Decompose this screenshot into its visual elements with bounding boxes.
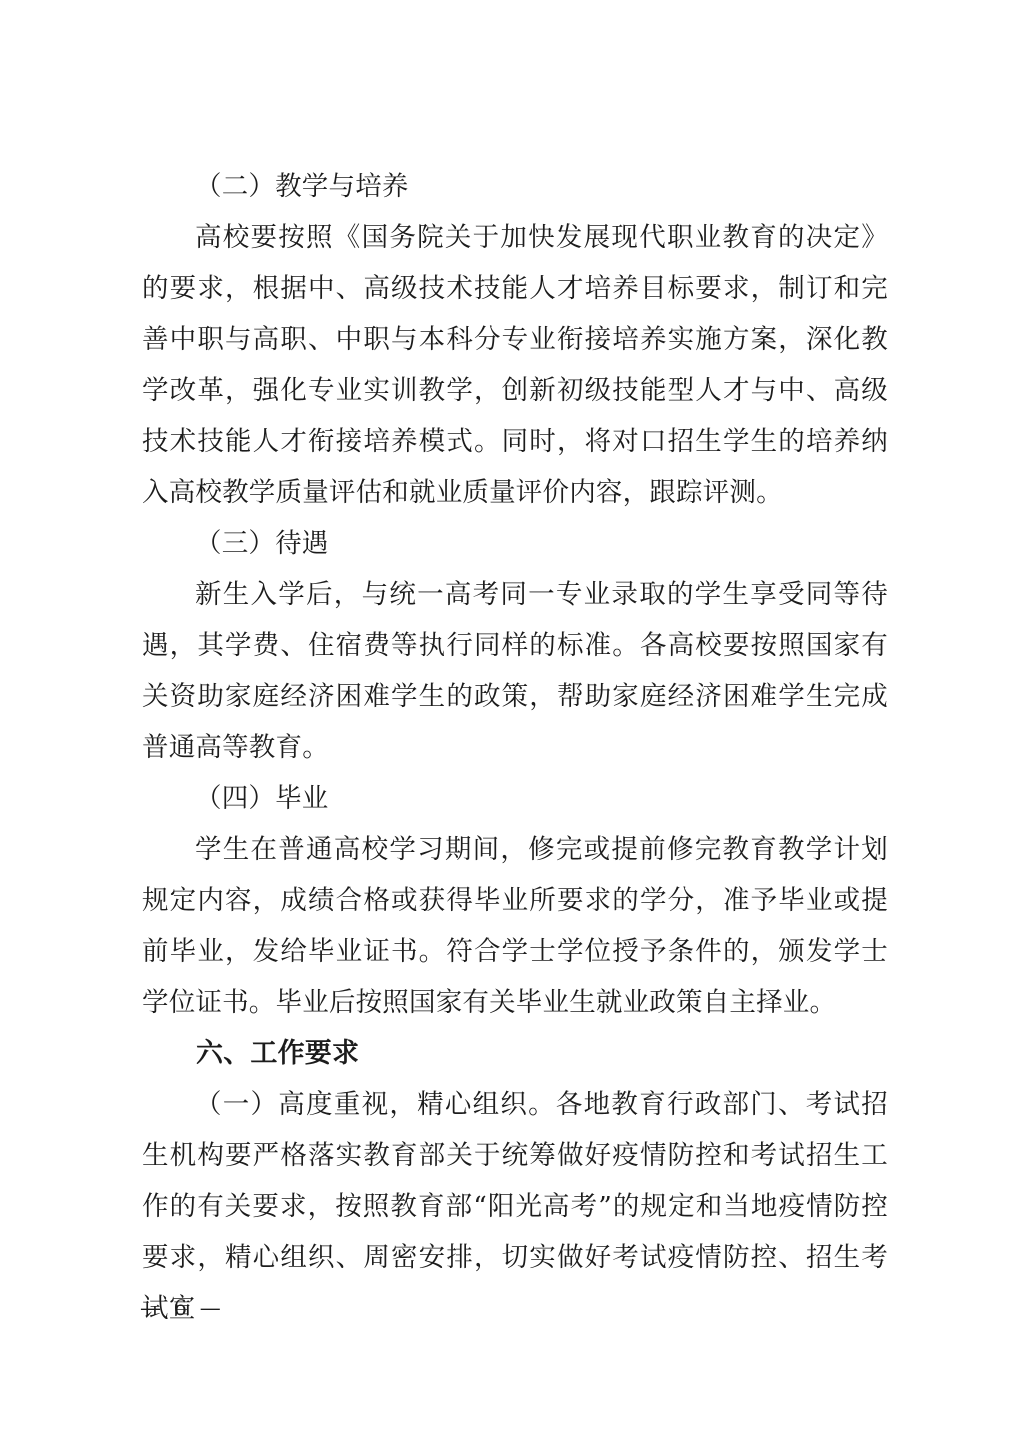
paragraph-work-requirements: （一）高度重视，精心组织。各地教育行政部门、考试招生机构要严格落实教育部关于统筹…	[142, 1079, 888, 1334]
heading-graduation: （四）毕业	[142, 773, 888, 824]
heading-teaching-and-training: （二）教学与培养	[142, 161, 888, 212]
heading-work-requirements: 六、工作要求	[142, 1028, 888, 1079]
paragraph-treatment: 新生入学后，与统一高考同一专业录取的学生享受同等待遇，其学费、住宿费等执行同样的…	[142, 569, 888, 773]
document-page: （二）教学与培养 高校要按照《国务院关于加快发展现代职业教育的决定》的要求，根据…	[0, 0, 1024, 1448]
page-number: — 6 —	[140, 1290, 224, 1326]
document-body: （二）教学与培养 高校要按照《国务院关于加快发展现代职业教育的决定》的要求，根据…	[142, 161, 888, 1334]
paragraph-graduation: 学生在普通高校学习期间，修完或提前修完教育教学计划规定内容，成绩合格或获得毕业所…	[142, 824, 888, 1028]
heading-treatment: （三）待遇	[142, 518, 888, 569]
paragraph-teaching-and-training: 高校要按照《国务院关于加快发展现代职业教育的决定》的要求，根据中、高级技术技能人…	[142, 212, 888, 518]
